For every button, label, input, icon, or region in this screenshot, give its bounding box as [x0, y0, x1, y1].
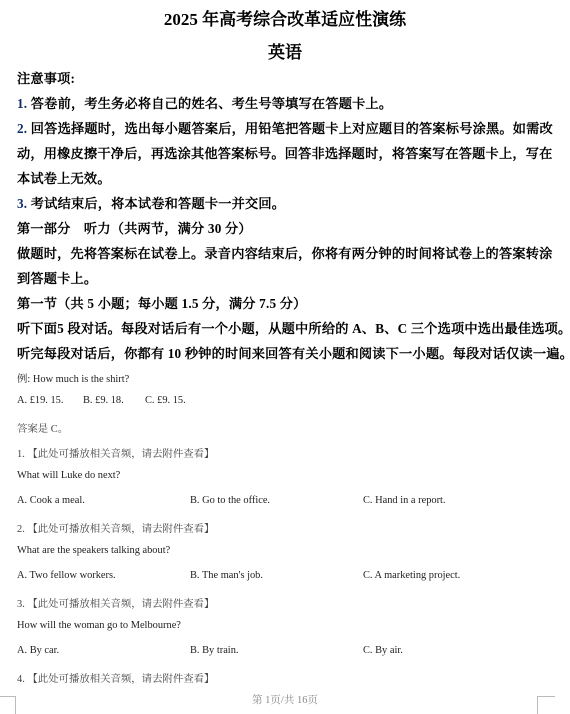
q2-option-c: C. A marketing project. [363, 570, 460, 581]
example-option-b: B. £9. 18. [83, 395, 124, 406]
q2-option-b: B. The man's job. [190, 570, 263, 581]
q1-option-c: C. Hand in a report. [363, 495, 446, 506]
section1-heading: 第一节（共 5 小题；每小题 1.5 分，满分 7.5 分） [17, 293, 307, 312]
example-answer: 答案是 C。 [17, 420, 68, 435]
notice-number: 1. [17, 96, 27, 111]
part1-instruction-line2: 到答题卡上。 [17, 268, 97, 287]
section1-instruction-line1: 听下面5 段对话。每段对话后有一个小题，从题中所给的 A、B、C 三个选项中选出… [17, 318, 570, 337]
question-2: What are the speakers talking about? [17, 545, 170, 556]
audio-placeholder-3[interactable]: 3. 【此处可播放相关音频，请去附件查看】 [17, 595, 214, 610]
notice-item-3: 3. 考试结束后，将本试卷和答题卡一并交回。 [17, 193, 285, 212]
notice-text: 考试结束后，将本试卷和答题卡一并交回。 [31, 196, 285, 211]
notice-item-1: 1. 答卷前，考生务必将自己的姓名、考生号等填写在答题卡上。 [17, 93, 392, 112]
notice-text: 答卷前，考生务必将自己的姓名、考生号等填写在答题卡上。 [31, 96, 392, 111]
notice-heading: 注意事项: [17, 68, 75, 87]
part1-heading: 第一部分 听力（共两节，满分 30 分） [17, 218, 252, 237]
document-title: 2025 年高考综合改革适应性演练 [0, 5, 570, 30]
audio-placeholder-4[interactable]: 4. 【此处可播放相关音频，请去附件查看】 [17, 670, 214, 685]
q3-option-b: B. By train. [190, 645, 239, 656]
page-number-footer: 第 1页/共 16页 [0, 692, 570, 707]
q3-option-c: C. By air. [363, 645, 403, 656]
notice-item-2-cont2: 本试卷上无效。 [17, 168, 111, 187]
notice-text: 回答选择题时，选出每小题答案后，用铅笔把答题卡上对应题目的答案标号涂黑。如需改 [31, 121, 553, 136]
question-3: How will the woman go to Melbourne? [17, 620, 181, 631]
example-question: 例: How much is the shirt? [17, 370, 129, 385]
notice-number: 3. [17, 196, 27, 211]
part1-instruction-line1: 做题时，先将答案标在试卷上。录音内容结束后，你将有两分钟的时间将试卷上的答案转涂 [17, 243, 553, 262]
q1-option-a: A. Cook a meal. [17, 495, 85, 506]
question-1: What will Luke do next? [17, 470, 120, 481]
notice-number: 2. [17, 121, 27, 136]
example-option-c: C. £9. 15. [145, 395, 186, 406]
audio-placeholder-2[interactable]: 2. 【此处可播放相关音频，请去附件查看】 [17, 520, 214, 535]
notice-item-2: 2. 回答选择题时，选出每小题答案后，用铅笔把答题卡上对应题目的答案标号涂黑。如… [17, 118, 553, 137]
audio-placeholder-1[interactable]: 1. 【此处可播放相关音频，请去附件查看】 [17, 445, 214, 460]
q1-option-b: B. Go to the office. [190, 495, 270, 506]
example-option-a: A. £19. 15. [17, 395, 63, 406]
subject-title: 英语 [0, 38, 570, 63]
q2-option-a: A. Two fellow workers. [17, 570, 116, 581]
section1-instruction-line2: 听完每段对话后，你都有 10 秒钟的时间来回答有关小题和阅读下一小题。每段对话仅… [17, 343, 570, 362]
q3-option-a: A. By car. [17, 645, 59, 656]
notice-item-2-cont: 动，用橡皮擦干净后，再选涂其他答案标号。回答非选择题时，将答案写在答题卡上，写在 [17, 143, 553, 162]
